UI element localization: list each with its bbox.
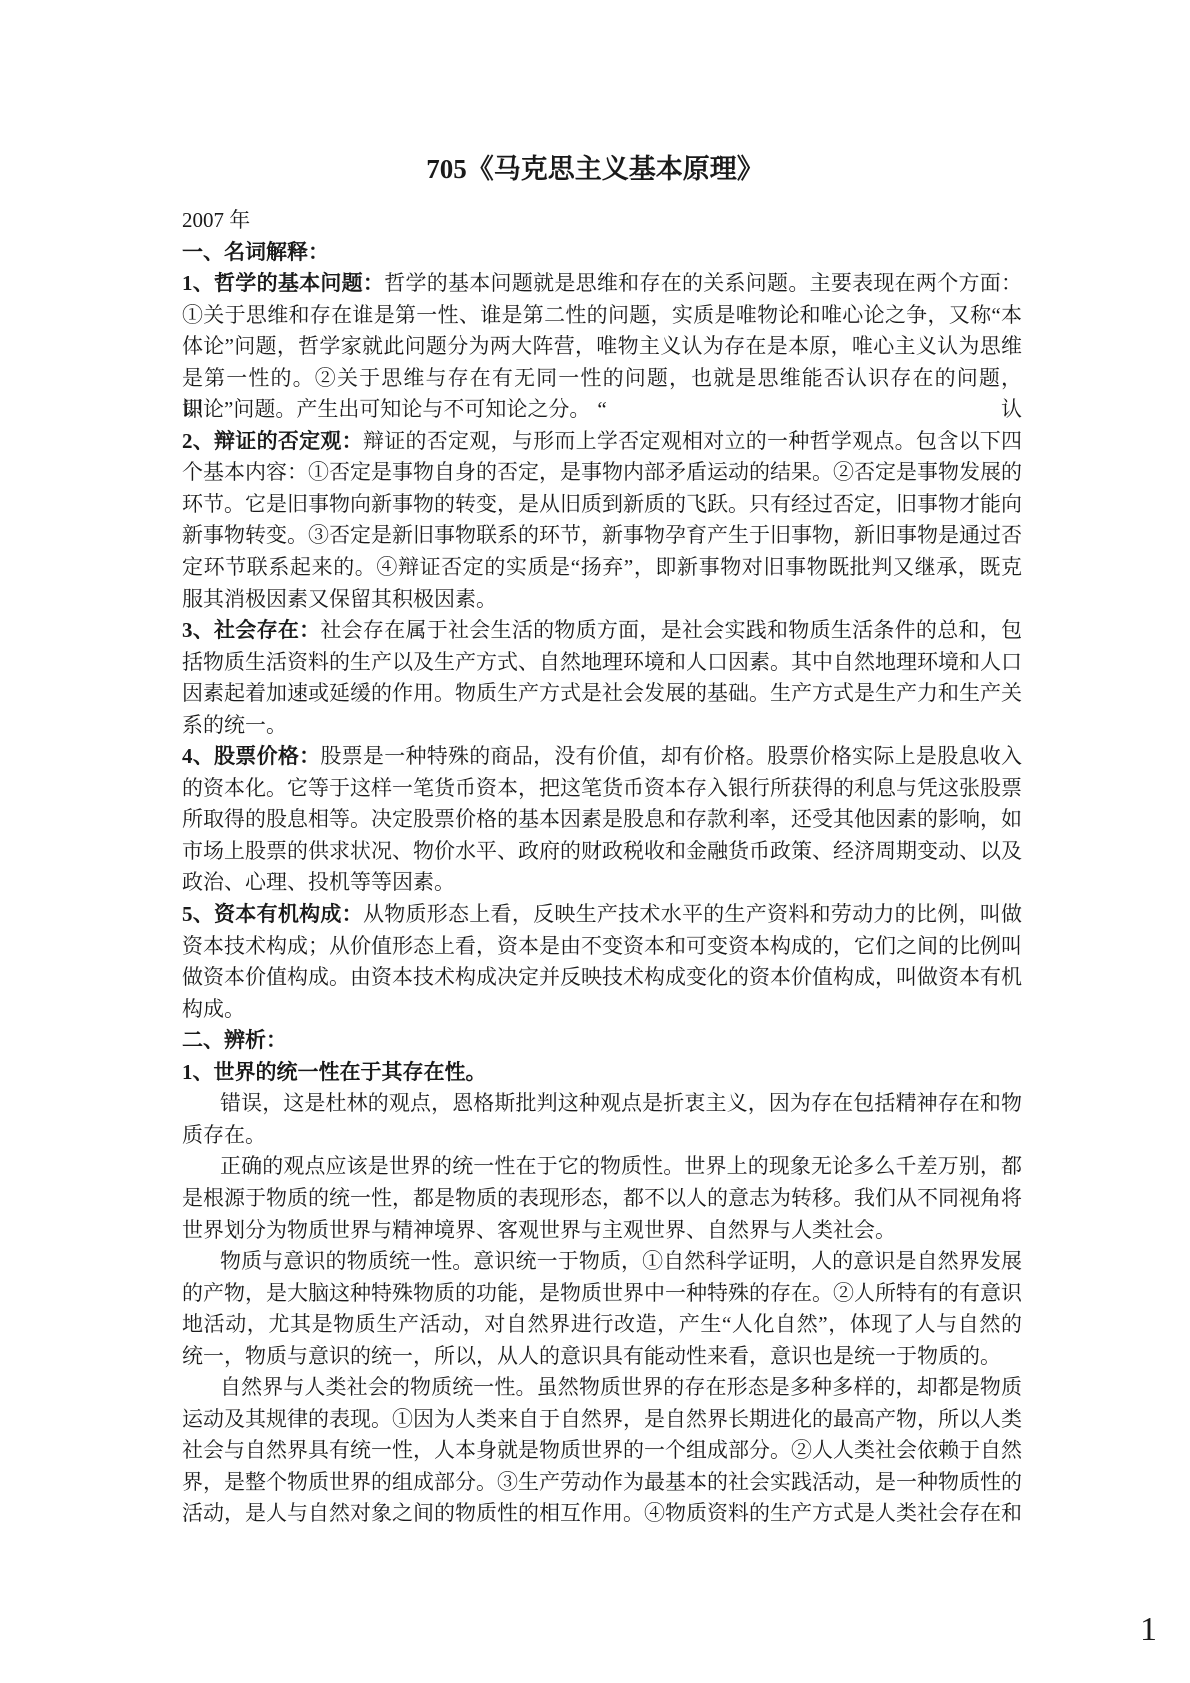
text-line: 新事物转变。③否定是新旧事物联系的环节，新事物孕育产生于旧事物，新旧事物是通过否 (182, 520, 1022, 552)
bold-text-segment: 4、股票价格： (182, 744, 320, 768)
page-title: 705《马克思主义基本原理》 (0, 150, 1190, 188)
text-line: 正确的观点应该是世界的统一性在于它的物质性。世界上的现象无论多么千差万别，都 (182, 1151, 1022, 1183)
text-segment: 做资本价值构成。由资本技术构成决定并反映技术构成变化的资本价值构成，叫做资本有机 (182, 965, 1022, 989)
text-segment: 所取得的股息相等。决定股票价格的基本因素是股息和存款利率，还受其他因素的影响，如 (182, 807, 1022, 831)
text-line: 是第一性的。②关于思维与存在有无同一性的问题，也就是思维能否认识存在的问题，即“… (182, 363, 1022, 395)
text-segment: 的产物，是大脑这种特殊物质的功能，是物质世界中一种特殊的存在。②人所特有的有意识 (182, 1281, 1022, 1305)
text-segment: 的资本化。它等于这样一笔货币资本，把这笔货币资本存入银行所获得的利息与凭这张股票 (182, 776, 1022, 800)
text-segment: 服其消极因素又保留其积极因素。 (182, 587, 497, 611)
text-segment: 运动及其规律的表现。①因为人类来自于自然界，是自然界长期进化的最高产物，所以人类 (182, 1407, 1022, 1431)
bold-text-segment: 1、哲学的基本问题： (182, 271, 384, 295)
text-segment: 正确的观点应该是世界的统一性在于它的物质性。世界上的现象无论多么千差万别，都 (220, 1154, 1022, 1178)
bold-text-segment: 5、资本有机构成： (182, 902, 363, 926)
bold-text-segment: 3、社会存在： (182, 618, 320, 642)
text-segment: 构成。 (182, 997, 245, 1021)
text-line: 资本技术构成；从价值形态上看，资本是由不变资本和可变资本构成的，它们之间的比例叫 (182, 931, 1022, 963)
bold-text-segment: 二、辨析： (182, 1028, 287, 1052)
text-line: 地活动，尤其是物质生产活动，对自然界进行改造，产生“人化自然”，体现了人与自然的 (182, 1309, 1022, 1341)
text-segment: 环节。它是旧事物向新事物的转变，是从旧质到新质的飞跃。只有经过否定，旧事物才能向 (182, 492, 1022, 516)
text-segment: 社会与自然界具有统一性，人本身就是物质世界的一个组成部分。②人人类社会依赖于自然 (182, 1438, 1022, 1462)
text-segment: 2007 年 (182, 208, 250, 232)
text-line: 政治、心理、投机等等因素。 (182, 867, 1022, 899)
text-line: 环节。它是旧事物向新事物的转变，是从旧质到新质的飞跃。只有经过否定，旧事物才能向 (182, 489, 1022, 521)
text-line: 2007 年 (182, 205, 1022, 237)
text-line: 构成。 (182, 994, 1022, 1026)
text-segment: 质存在。 (182, 1123, 266, 1147)
text-segment: 是根源于物质的统一性，都是物质的表现形态，都不以人的意志为转移。我们从不同视角将 (182, 1186, 1022, 1210)
text-segment: 体论”问题，哲学家就此问题分为两大阵营，唯物主义认为存在是本原，唯心主义认为思维 (182, 334, 1022, 358)
text-line: 个基本内容：①否定是事物自身的否定，是事物内部矛盾运动的结果。②否定是事物发展的 (182, 457, 1022, 489)
document-page: 705《马克思主义基本原理》 2007 年一、名词解释：1、哲学的基本问题：哲学… (0, 0, 1190, 1683)
text-line: 2、辩证的否定观：辩证的否定观，与形而上学否定观相对立的一种哲学观点。包含以下四 (182, 426, 1022, 458)
text-line: 是根源于物质的统一性，都是物质的表现形态，都不以人的意志为转移。我们从不同视角将 (182, 1183, 1022, 1215)
text-segment: ①关于思维和存在谁是第一性、谁是第二性的问题，实质是唯物论和唯心论之争，又称“本 (182, 303, 1022, 327)
text-segment: 活动，是人与自然对象之间的物质性的相互作用。④物质资料的生产方式是人类社会存在和 (182, 1501, 1022, 1525)
text-line: 二、辨析： (182, 1025, 1022, 1057)
text-segment: 界，是整个物质世界的组成部分。③生产劳动作为最基本的社会实践活动，是一种物质性的 (182, 1470, 1022, 1494)
text-segment: 识论”问题。产生出可知论与不可知论之分。 (182, 397, 590, 421)
text-line: 1、哲学的基本问题：哲学的基本问题就是思维和存在的关系问题。主要表现在两个方面： (182, 268, 1022, 300)
text-line: 社会与自然界具有统一性，人本身就是物质世界的一个组成部分。②人人类社会依赖于自然 (182, 1435, 1022, 1467)
text-line: 所取得的股息相等。决定股票价格的基本因素是股息和存款利率，还受其他因素的影响，如 (182, 804, 1022, 836)
text-segment: 地活动，尤其是物质生产活动，对自然界进行改造，产生“人化自然”，体现了人与自然的 (182, 1312, 1022, 1336)
text-segment: 物质与意识的物质统一性。意识统一于物质，①自然科学证明，人的意识是自然界发展 (220, 1249, 1022, 1273)
text-segment: 政治、心理、投机等等因素。 (182, 870, 455, 894)
text-line: 3、社会存在：社会存在属于社会生活的物质方面，是社会实践和物质生活条件的总和，包 (182, 615, 1022, 647)
bold-text-segment: 2、辩证的否定观： (182, 429, 363, 453)
text-segment: 辩证的否定观，与形而上学否定观相对立的一种哲学观点。包含以下四 (363, 429, 1022, 453)
text-segment: 资本技术构成；从价值形态上看，资本是由不变资本和可变资本构成的，它们之间的比例叫 (182, 934, 1022, 958)
text-line: 1、世界的统一性在于其存在性。 (182, 1057, 1022, 1089)
bold-text-segment: 1、世界的统一性在于其存在性。 (182, 1060, 487, 1084)
text-segment: 括物质生活资料的生产以及生产方式、自然地理环境和人口因素。其中自然地理环境和人口 (182, 650, 1022, 674)
page-number: 1 (1140, 1610, 1157, 1650)
text-segment: 定环节联系起来的。④辩证否定的实质是“扬弃”，即新事物对旧事物既批判又继承，既克 (182, 555, 1022, 579)
text-segment: 因素起着加速或延缓的作用。物质生产方式是社会发展的基础。生产方式是生产力和生产关 (182, 681, 1022, 705)
text-segment: 系的统一。 (182, 713, 287, 737)
text-segment: 市场上股票的供求状况、物价水平、政府的财政税收和金融货币政策、经济周期变动、以及 (182, 839, 1022, 863)
text-line: 错误，这是杜林的观点，恩格斯批判这种观点是折衷主义，因为存在包括精神存在和物 (182, 1088, 1022, 1120)
text-line: 做资本价值构成。由资本技术构成决定并反映技术构成变化的资本价值构成，叫做资本有机 (182, 962, 1022, 994)
text-line: ①关于思维和存在谁是第一性、谁是第二性的问题，实质是唯物论和唯心论之争，又称“本 (182, 300, 1022, 332)
text-line: 的产物，是大脑这种特殊物质的功能，是物质世界中一种特殊的存在。②人所特有的有意识 (182, 1278, 1022, 1310)
text-line: 定环节联系起来的。④辩证否定的实质是“扬弃”，即新事物对旧事物既批判又继承，既克 (182, 552, 1022, 584)
text-line: 括物质生活资料的生产以及生产方式、自然地理环境和人口因素。其中自然地理环境和人口 (182, 647, 1022, 679)
text-line: 因素起着加速或延缓的作用。物质生产方式是社会发展的基础。生产方式是生产力和生产关 (182, 678, 1022, 710)
text-line: 一、名词解释： (182, 237, 1022, 269)
text-line: 世界划分为物质世界与精神境界、客观世界与主观世界、自然界与人类社会。 (182, 1215, 1022, 1247)
text-segment: 自然界与人类社会的物质统一性。虽然物质世界的存在形态是多种多样的，却都是物质 (220, 1375, 1022, 1399)
text-segment: 世界划分为物质世界与精神境界、客观世界与主观世界、自然界与人类社会。 (182, 1218, 896, 1242)
document-body: 2007 年一、名词解释：1、哲学的基本问题：哲学的基本问题就是思维和存在的关系… (182, 205, 1022, 1530)
bold-text-segment: 一、名词解释： (182, 240, 329, 264)
text-line: 活动，是人与自然对象之间的物质性的相互作用。④物质资料的生产方式是人类社会存在和 (182, 1498, 1022, 1530)
text-line: 的资本化。它等于这样一笔货币资本，把这笔货币资本存入银行所获得的利息与凭这张股票 (182, 773, 1022, 805)
text-line: 自然界与人类社会的物质统一性。虽然物质世界的存在形态是多种多样的，却都是物质 (182, 1372, 1022, 1404)
text-line: 统一，物质与意识的统一，所以，从人的意识具有能动性来看，意识也是统一于物质的。 (182, 1341, 1022, 1373)
text-line: 市场上股票的供求状况、物价水平、政府的财政税收和金融货币政策、经济周期变动、以及 (182, 836, 1022, 868)
text-line: 5、资本有机构成：从物质形态上看，反映生产技术水平的生产资料和劳动力的比例，叫做 (182, 899, 1022, 931)
text-line: 质存在。 (182, 1120, 1022, 1152)
text-line: 运动及其规律的表现。①因为人类来自于自然界，是自然界长期进化的最高产物，所以人类 (182, 1404, 1022, 1436)
text-segment: 哲学的基本问题就是思维和存在的关系问题。主要表现在两个方面： (384, 271, 1022, 295)
text-line: 4、股票价格：股票是一种特殊的商品，没有价值，却有价格。股票价格实际上是股息收入 (182, 741, 1022, 773)
text-line: 系的统一。 (182, 710, 1022, 742)
text-segment: 股票是一种特殊的商品，没有价值，却有价格。股票价格实际上是股息收入 (320, 744, 1022, 768)
text-line: 界，是整个物质世界的组成部分。③生产劳动作为最基本的社会实践活动，是一种物质性的 (182, 1467, 1022, 1499)
text-line: 体论”问题，哲学家就此问题分为两大阵营，唯物主义认为存在是本原，唯心主义认为思维 (182, 331, 1022, 363)
text-segment: 社会存在属于社会生活的物质方面，是社会实践和物质生活条件的总和，包 (320, 618, 1022, 642)
text-segment: 统一，物质与意识的统一，所以，从人的意识具有能动性来看，意识也是统一于物质的。 (182, 1344, 1001, 1368)
text-segment: 从物质形态上看，反映生产技术水平的生产资料和劳动力的比例，叫做 (363, 902, 1022, 926)
text-segment: 新事物转变。③否定是新旧事物联系的环节，新事物孕育产生于旧事物，新旧事物是通过否 (182, 523, 1022, 547)
text-segment: 个基本内容：①否定是事物自身的否定，是事物内部矛盾运动的结果。②否定是事物发展的 (182, 460, 1022, 484)
text-line: 服其消极因素又保留其积极因素。 (182, 584, 1022, 616)
text-line: 物质与意识的物质统一性。意识统一于物质，①自然科学证明，人的意识是自然界发展 (182, 1246, 1022, 1278)
text-segment: 错误，这是杜林的观点，恩格斯批判这种观点是折衷主义，因为存在包括精神存在和物 (220, 1091, 1022, 1115)
